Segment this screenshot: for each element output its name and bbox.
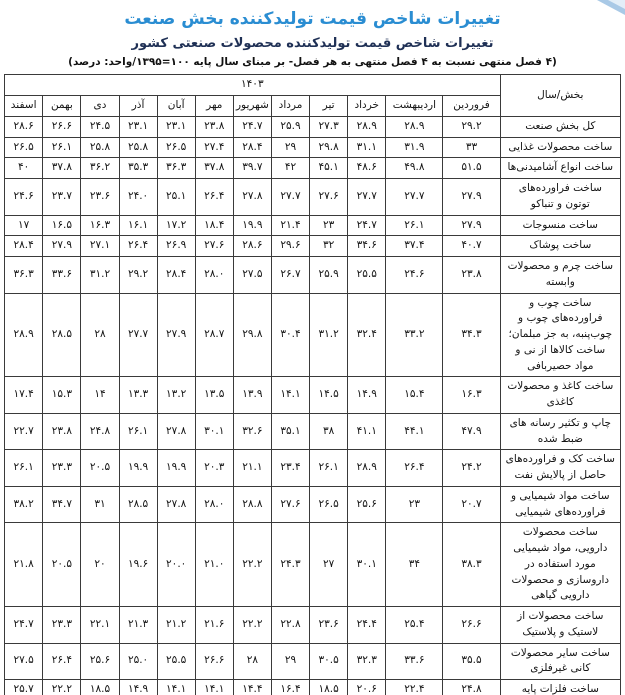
section-label: ساخت سایر محصولات کانی غیرفلزی [500,643,620,680]
value-cell: ۲۵.۸ [119,137,157,158]
value-cell: ۱۴.۱ [157,680,195,695]
month-header-3: تیر [310,96,348,117]
value-cell: ۲۷.۷ [119,293,157,377]
value-cell: ۳۱.۲ [310,293,348,377]
value-cell: ۳۱.۱ [348,137,386,158]
value-cell: ۲۴.۳ [271,523,309,607]
value-cell: ۳۵.۵ [443,643,500,680]
report-page: تغییرات شاخص قیمت تولیدکننده بخش صنعت تغ… [0,0,625,695]
value-cell: ۴۱.۱ [348,413,386,450]
value-cell: ۳۳ [443,137,500,158]
value-cell: ۲۶.۴ [386,450,443,487]
value-cell: ۳۲ [310,236,348,257]
value-cell: ۲۸.۹ [348,116,386,137]
corner-header-cell: بخش/سال [500,75,620,117]
value-cell: ۴۵.۱ [310,158,348,179]
month-header-6: مهر [195,96,233,117]
value-cell: ۲۷.۸ [157,413,195,450]
value-cell: ۲۳.۳ [43,450,81,487]
value-cell: ۲۷.۸ [157,486,195,523]
value-cell: ۲۶.۵ [310,486,348,523]
value-cell: ۳۴.۳ [443,293,500,377]
value-cell: ۴۰ [5,158,43,179]
month-header-0: فروردین [443,96,500,117]
value-cell: ۱۷.۲ [157,215,195,236]
table-row: ساخت محصولات دارویی، مواد شیمیایی مورد ا… [5,523,621,607]
value-cell: ۱۹.۹ [119,450,157,487]
value-cell: ۲۳.۷ [43,179,81,216]
value-cell: ۲۶.۱ [310,450,348,487]
value-cell: ۲۸.۵ [43,293,81,377]
value-cell: ۲۷.۹ [443,179,500,216]
value-cell: ۲۹.۶ [271,236,309,257]
value-cell: ۲۷.۷ [271,179,309,216]
value-cell: ۲۴.۷ [5,607,43,644]
value-cell: ۲۹ [271,643,309,680]
value-cell: ۲۴.۸ [443,680,500,695]
value-cell: ۲۵.۶ [81,643,119,680]
table-row: ساخت انواع آشامیدنی‌ها۵۱.۵۴۹.۸۴۸.۶۴۵.۱۴۲… [5,158,621,179]
value-cell: ۲۷.۵ [233,257,271,294]
table-row: ساخت چرم و محصولات وابسته۲۳.۸۲۴.۶۲۵.۵۲۵.… [5,257,621,294]
month-header-7: آبان [157,96,195,117]
value-cell: ۲۸.۷ [195,293,233,377]
value-cell: ۲۹.۸ [233,293,271,377]
value-cell: ۲۷.۸ [233,179,271,216]
year-header-row: بخش/سال ۱۴۰۳ [5,75,621,96]
month-header-2: خرداد [348,96,386,117]
value-cell: ۲۲.۲ [43,680,81,695]
value-cell: ۳۰.۱ [195,413,233,450]
value-cell: ۳۱ [81,486,119,523]
value-cell: ۲۲.۴ [386,680,443,695]
value-cell: ۱۴.۴ [233,680,271,695]
value-cell: ۲۶.۱ [386,215,443,236]
value-cell: ۲۸.۰ [195,486,233,523]
page-title: تغییرات شاخص قیمت تولیدکننده بخش صنعت [0,9,625,29]
table-row: ساخت محصولات از لاستیک و پلاستیک۲۶.۶۲۵.۴… [5,607,621,644]
value-cell: ۲۸.۹ [386,116,443,137]
value-cell: ۱۷.۴ [5,377,43,414]
value-cell: ۱۷ [5,215,43,236]
value-cell: ۲۳.۱ [119,116,157,137]
value-cell: ۲۸.۶ [233,236,271,257]
ppi-table: بخش/سال ۱۴۰۳ فروردیناردیبهشتخردادتیرمردا… [4,74,621,695]
value-cell: ۱۶.۱ [119,215,157,236]
value-cell: ۲۴.۰ [119,179,157,216]
section-label: ساخت پوشاک [500,236,620,257]
value-cell: ۲۲.۲ [233,523,271,607]
table-body: کل بخش صنعت۲۹.۲۲۸.۹۲۸.۹۲۷.۳۲۵.۹۲۴.۷۲۳.۸۲… [5,116,621,695]
value-cell: ۴۷.۹ [443,413,500,450]
value-cell: ۲۴.۵ [81,116,119,137]
value-cell: ۲۶.۴ [119,236,157,257]
section-label: ساخت کک و فراورده‌های حاصل از پالایش نفت [500,450,620,487]
value-cell: ۲۰.۳ [195,450,233,487]
value-cell: ۲۶.۵ [5,137,43,158]
table-row: ساخت کک و فراورده‌های حاصل از پالایش نفت… [5,450,621,487]
value-cell: ۲۳.۴ [271,450,309,487]
value-cell: ۳۶.۳ [157,158,195,179]
value-cell: ۴۴.۱ [386,413,443,450]
value-cell: ۲۴.۶ [5,179,43,216]
value-cell: ۲۶.۱ [5,450,43,487]
value-cell: ۲۷ [310,523,348,607]
section-label: ساخت مواد شیمیایی و فراورده‌های شیمیایی [500,486,620,523]
value-cell: ۳۲.۴ [348,293,386,377]
value-cell: ۳۳.۲ [386,293,443,377]
section-label: چاپ و تکثیر رسانه های ضبط شده [500,413,620,450]
value-cell: ۲۶.۴ [195,179,233,216]
value-cell: ۲۸.۴ [5,236,43,257]
value-cell: ۲۵.۸ [81,137,119,158]
value-cell: ۲۷.۷ [348,179,386,216]
section-label: ساخت کاغذ و محصولات کاغذی [500,377,620,414]
month-header-5: شهریور [233,96,271,117]
value-cell: ۳۶.۳ [5,257,43,294]
value-cell: ۱۴.۹ [119,680,157,695]
value-cell: ۴۸.۶ [348,158,386,179]
value-cell: ۳۸.۲ [5,486,43,523]
value-cell: ۲۵.۹ [310,257,348,294]
value-cell: ۲۵.۴ [386,607,443,644]
section-label: ساخت فلزات پایه [500,680,620,695]
value-cell: ۱۶.۳ [81,215,119,236]
value-cell: ۲۸ [233,643,271,680]
value-cell: ۲۵.۰ [119,643,157,680]
month-header-10: بهمن [43,96,81,117]
page-curl-inner-decoration [608,0,625,9]
value-cell: ۲۸.۸ [233,486,271,523]
value-cell: ۲۸ [81,293,119,377]
value-cell: ۳۰.۱ [348,523,386,607]
value-cell: ۲۸.۵ [119,486,157,523]
month-header-1: اردیبهشت [386,96,443,117]
value-cell: ۱۳.۵ [195,377,233,414]
value-cell: ۲۰.۰ [157,523,195,607]
value-cell: ۲۳ [386,486,443,523]
value-cell: ۱۴.۱ [195,680,233,695]
value-cell: ۲۵.۹ [271,116,309,137]
value-cell: ۲۱.۰ [195,523,233,607]
value-cell: ۱۴ [81,377,119,414]
value-cell: ۳۸.۳ [443,523,500,607]
value-cell: ۱۳.۲ [157,377,195,414]
value-cell: ۴۹.۸ [386,158,443,179]
month-header-9: دی [81,96,119,117]
value-cell: ۲۱.۱ [233,450,271,487]
value-cell: ۲۶.۱ [119,413,157,450]
value-cell: ۲۶.۶ [195,643,233,680]
value-cell: ۱۶.۳ [443,377,500,414]
value-cell: ۲۱.۴ [271,215,309,236]
value-cell: ۲۹.۲ [119,257,157,294]
value-cell: ۲۳.۸ [43,413,81,450]
value-cell: ۲۸.۶ [5,116,43,137]
value-cell: ۱۹.۹ [233,215,271,236]
table-row: چاپ و تکثیر رسانه های ضبط شده۴۷.۹۴۴.۱۴۱.… [5,413,621,450]
value-cell: ۳۰.۴ [271,293,309,377]
value-cell: ۲۵.۶ [348,486,386,523]
value-cell: ۲۷.۴ [195,137,233,158]
value-cell: ۲۷.۱ [81,236,119,257]
table-row: ساخت فلزات پایه۲۴.۸۲۲.۴۲۰.۶۱۸.۵۱۶.۴۱۴.۴۱… [5,680,621,695]
value-cell: ۳۹.۷ [233,158,271,179]
value-cell: ۲۷.۹ [157,293,195,377]
value-cell: ۲۳.۶ [81,179,119,216]
value-cell: ۲۸.۴ [233,137,271,158]
section-label: ساخت محصولات از لاستیک و پلاستیک [500,607,620,644]
value-cell: ۲۲.۱ [81,607,119,644]
value-cell: ۳۲.۶ [233,413,271,450]
value-cell: ۲۰.۵ [81,450,119,487]
value-cell: ۲۶.۱ [43,137,81,158]
value-cell: ۲۴.۸ [81,413,119,450]
value-cell: ۱۳.۳ [119,377,157,414]
value-cell: ۳۸ [310,413,348,450]
value-cell: ۲۳.۳ [43,607,81,644]
value-cell: ۴۲ [271,158,309,179]
table-row: ساخت مواد شیمیایی و فراورده‌های شیمیایی۲… [5,486,621,523]
value-cell: ۲۰ [81,523,119,607]
value-cell: ۴۰.۷ [443,236,500,257]
value-cell: ۲۴.۲ [443,450,500,487]
value-cell: ۲۸.۹ [348,450,386,487]
value-cell: ۲۹.۲ [443,116,500,137]
value-cell: ۲۴.۷ [233,116,271,137]
value-cell: ۲۷.۷ [386,179,443,216]
value-cell: ۲۸.۰ [195,257,233,294]
value-cell: ۲۷.۶ [195,236,233,257]
month-header-4: مرداد [271,96,309,117]
table-row: ساخت منسوجات۲۷.۹۲۶.۱۲۴.۷۲۳۲۱.۴۱۹.۹۱۸.۴۱۷… [5,215,621,236]
value-cell: ۲۹.۸ [310,137,348,158]
value-cell: ۲۲.۲ [233,607,271,644]
value-cell: ۲۳.۸ [443,257,500,294]
table-row: ساخت چوب و فراورده‌های چوب و چوب‌پنبه، ب… [5,293,621,377]
value-cell: ۲۱.۲ [157,607,195,644]
value-cell: ۳۱.۲ [81,257,119,294]
value-cell: ۲۷.۶ [310,179,348,216]
value-cell: ۲۵.۵ [348,257,386,294]
table-row: ساخت فراورده‌های توتون و تنباکو۲۷.۹۲۷.۷۲… [5,179,621,216]
table-row: ساخت پوشاک۴۰.۷۳۷.۴۳۴.۶۳۲۲۹.۶۲۸.۶۲۷.۶۲۶.۹… [5,236,621,257]
value-cell: ۳۵.۱ [271,413,309,450]
table-row: کل بخش صنعت۲۹.۲۲۸.۹۲۸.۹۲۷.۳۲۵.۹۲۴.۷۲۳.۸۲… [5,116,621,137]
value-cell: ۲۷.۹ [43,236,81,257]
section-label: ساخت محصولات دارویی، مواد شیمیایی مورد ا… [500,523,620,607]
value-cell: ۳۷.۸ [43,158,81,179]
value-cell: ۲۱.۳ [119,607,157,644]
section-label: کل بخش صنعت [500,116,620,137]
section-label: ساخت چرم و محصولات وابسته [500,257,620,294]
value-cell: ۲۲.۷ [5,413,43,450]
value-cell: ۳۴.۶ [348,236,386,257]
value-cell: ۳۷.۴ [386,236,443,257]
value-cell: ۲۶.۹ [157,236,195,257]
value-cell: ۳۳.۶ [43,257,81,294]
section-label: ساخت فراورده‌های توتون و تنباکو [500,179,620,216]
value-cell: ۲۴.۴ [348,607,386,644]
value-cell: ۱۴.۱ [271,377,309,414]
value-cell: ۲۱.۸ [5,523,43,607]
value-cell: ۳۴ [386,523,443,607]
value-cell: ۱۹.۶ [119,523,157,607]
value-cell: ۱۸.۵ [81,680,119,695]
value-cell: ۲۰.۶ [348,680,386,695]
value-cell: ۲۲.۸ [271,607,309,644]
value-cell: ۲۴.۷ [348,215,386,236]
value-cell: ۲۶.۷ [271,257,309,294]
value-cell: ۲۵.۵ [157,643,195,680]
value-cell: ۱۹.۹ [157,450,195,487]
value-cell: ۲۵.۷ [5,680,43,695]
value-cell: ۲۵.۱ [157,179,195,216]
value-cell: ۲۸.۴ [157,257,195,294]
value-cell: ۳۰.۵ [310,643,348,680]
value-cell: ۵۱.۵ [443,158,500,179]
section-label: ساخت محصولات غذایی [500,137,620,158]
value-cell: ۲۱.۶ [195,607,233,644]
value-cell: ۳۷.۸ [195,158,233,179]
value-cell: ۲۷.۵ [5,643,43,680]
value-cell: ۲۸.۹ [5,293,43,377]
value-cell: ۲۶.۵ [157,137,195,158]
value-cell: ۳۲.۳ [348,643,386,680]
value-cell: ۳۴.۷ [43,486,81,523]
value-cell: ۲۹ [271,137,309,158]
value-cell: ۱۴.۹ [348,377,386,414]
month-header-11: اسفند [5,96,43,117]
value-cell: ۲۳.۸ [195,116,233,137]
section-label: ساخت چوب و فراورده‌های چوب و چوب‌پنبه، ب… [500,293,620,377]
value-cell: ۲۳ [310,215,348,236]
value-cell: ۲۷.۹ [443,215,500,236]
value-cell: ۲۶.۶ [43,116,81,137]
value-cell: ۱۶.۴ [271,680,309,695]
section-label: ساخت انواع آشامیدنی‌ها [500,158,620,179]
year-header-cell: ۱۴۰۳ [5,75,501,96]
value-cell: ۱۵.۳ [43,377,81,414]
value-cell: ۱۵.۴ [386,377,443,414]
value-cell: ۲۶.۶ [443,607,500,644]
value-cell: ۲۷.۶ [271,486,309,523]
section-label: ساخت منسوجات [500,215,620,236]
table-row: ساخت محصولات غذایی۳۳۳۱.۹۳۱.۱۲۹.۸۲۹۲۸.۴۲۷… [5,137,621,158]
methodology-note: (۴ فصل منتهی نسبت به ۴ فصل منتهی به هر ف… [0,56,625,68]
value-cell: ۳۳.۶ [386,643,443,680]
value-cell: ۲۴.۶ [386,257,443,294]
value-cell: ۲۷.۳ [310,116,348,137]
value-cell: ۳۶.۲ [81,158,119,179]
value-cell: ۱۸.۵ [310,680,348,695]
table-row: ساخت کاغذ و محصولات کاغذی۱۶.۳۱۵.۴۱۴.۹۱۴.… [5,377,621,414]
value-cell: ۱۳.۹ [233,377,271,414]
value-cell: ۱۴.۵ [310,377,348,414]
month-header-8: آذر [119,96,157,117]
table-row: ساخت سایر محصولات کانی غیرفلزی۳۵.۵۳۳.۶۳۲… [5,643,621,680]
value-cell: ۲۰.۷ [443,486,500,523]
value-cell: ۲۰.۵ [43,523,81,607]
value-cell: ۲۳.۶ [310,607,348,644]
value-cell: ۲۶.۴ [43,643,81,680]
value-cell: ۳۱.۹ [386,137,443,158]
value-cell: ۱۶.۵ [43,215,81,236]
value-cell: ۱۸.۴ [195,215,233,236]
value-cell: ۳۵.۳ [119,158,157,179]
value-cell: ۲۳.۱ [157,116,195,137]
page-subtitle: تغییرات شاخص قیمت تولیدکننده محصولات صنع… [0,36,625,51]
